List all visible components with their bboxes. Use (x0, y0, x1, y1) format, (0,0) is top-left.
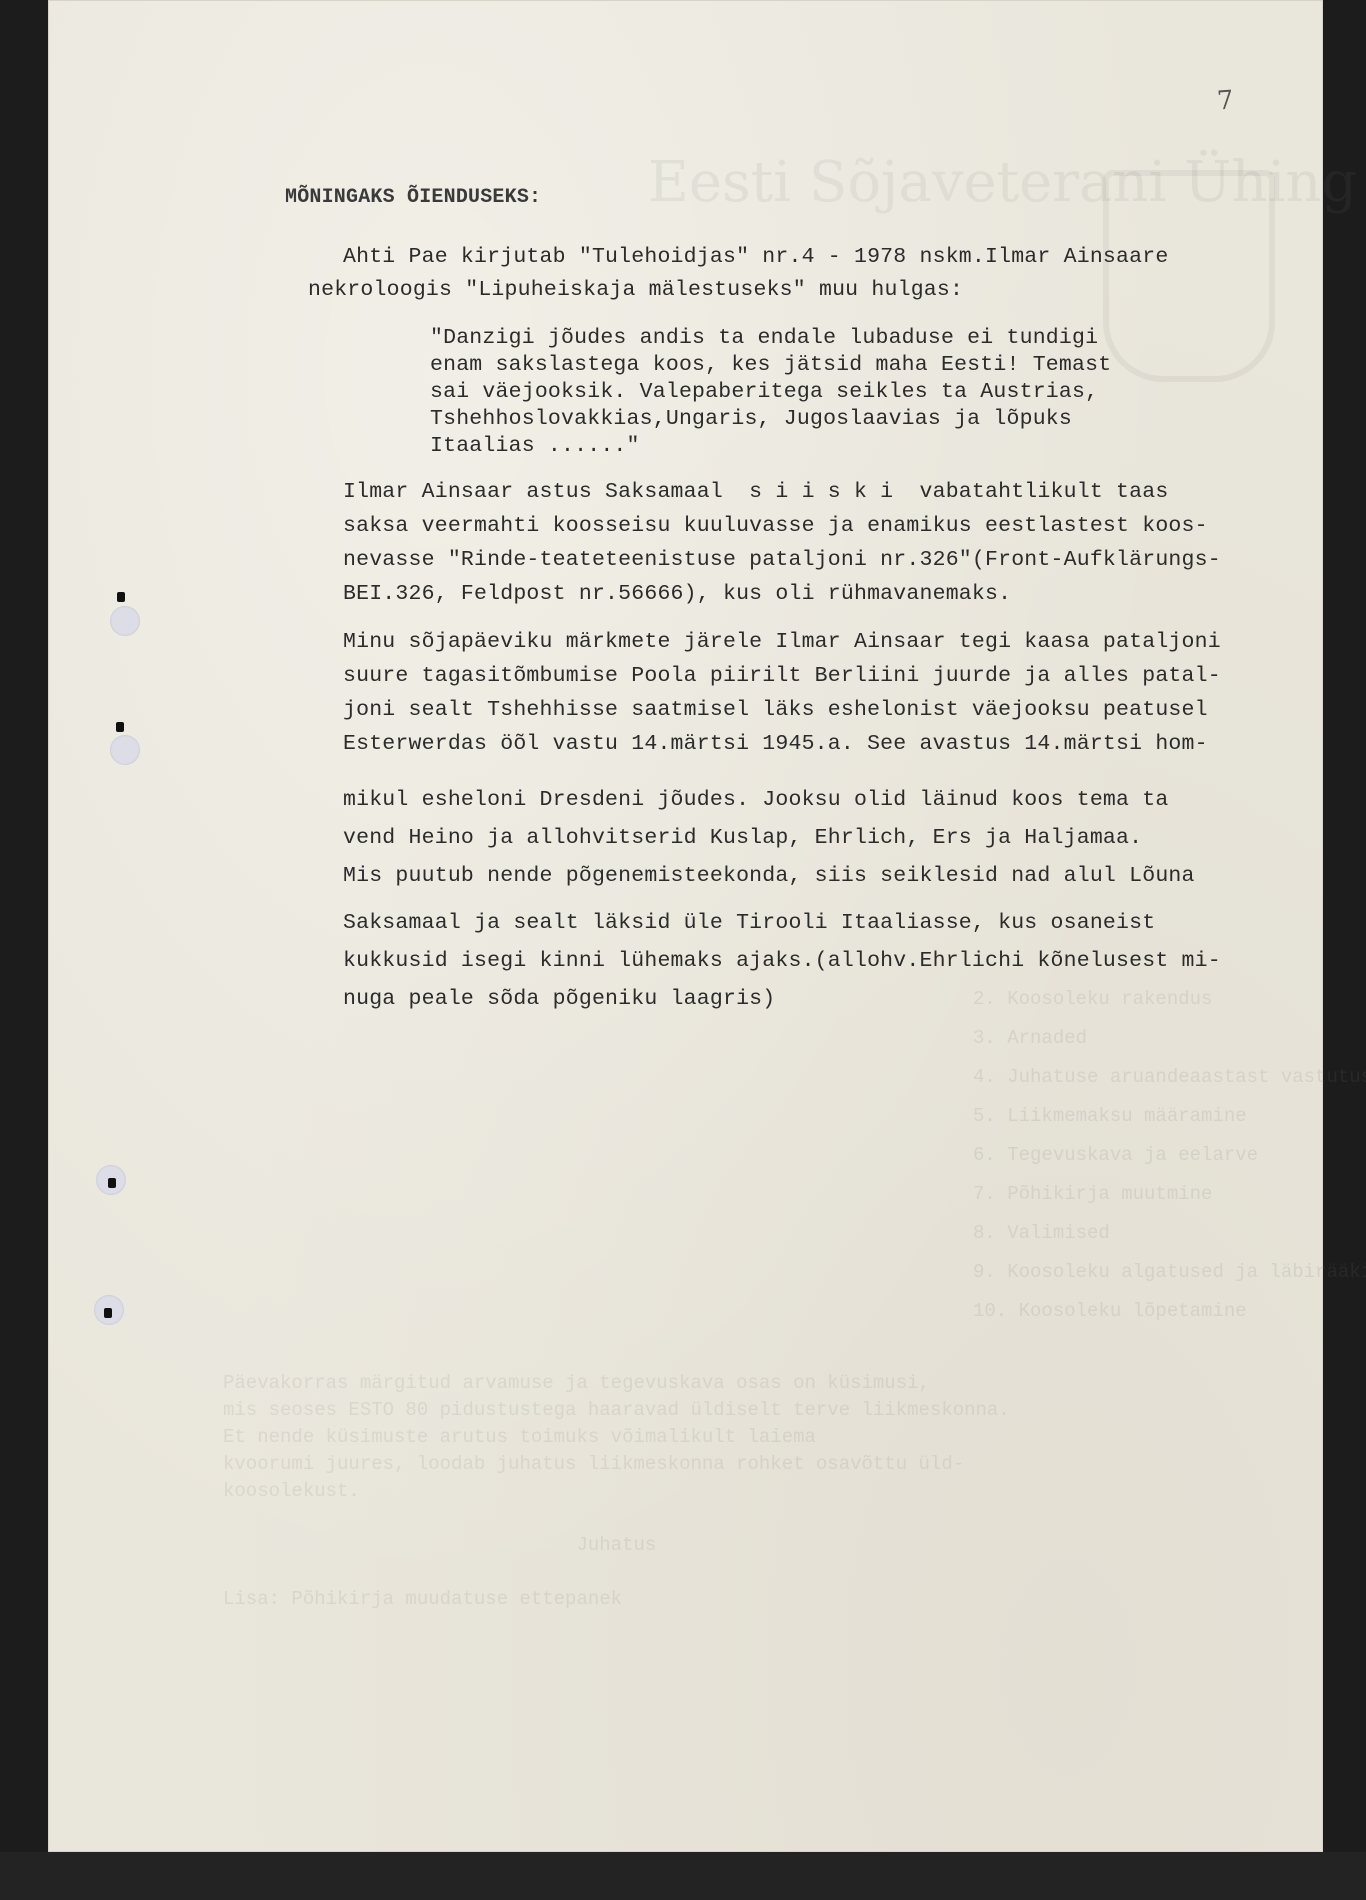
punch-hole-mark (108, 1178, 116, 1188)
quote-line: sai väejooksik. Valepaberitega seikles t… (430, 380, 1098, 404)
body-line: mikul esheloni Dresdeni jõudes. Jooksu o… (343, 788, 1168, 812)
intro-line: Ahti Pae kirjutab "Tulehoidjas" nr.4 - 1… (343, 245, 1168, 269)
intro-line: nekroloogis "Lipuheiskaja mälestuseks" m… (308, 278, 963, 302)
body-line: nevasse "Rinde-teateteenistuse pataljoni… (343, 548, 1221, 572)
page-number: 7 (1216, 85, 1235, 116)
body-line: Ilmar Ainsaar astus Saksamaal s i i s k … (343, 480, 1168, 504)
body-line: saksa veermahti koosseisu kuuluvasse ja … (343, 514, 1208, 538)
quote-line: Itaalias ......" (430, 434, 640, 458)
body-line: Mis puutub nende põgenemisteekonda, siis… (343, 864, 1195, 888)
quote-line: enam sakslastega koos, kes jätsid maha E… (430, 353, 1111, 377)
scan-background (0, 1852, 1366, 1900)
punch-hole (110, 606, 140, 636)
body-line: vend Heino ja allohvitserid Kuslap, Ehrl… (343, 826, 1142, 850)
punch-hole-mark (116, 722, 124, 732)
body-line: Minu sõjapäeviku märkmete järele Ilmar A… (343, 630, 1221, 654)
document-heading: MÕNINGAKS ÕIENDUSEKS: (285, 186, 541, 209)
quote-line: "Danzigi jõudes andis ta endale lubaduse… (430, 326, 1098, 350)
quote-line: Tshehhoslovakkias,Ungaris, Jugoslaavias … (430, 407, 1072, 431)
body-line: joni sealt Tshehhisse saatmisel läks esh… (343, 698, 1208, 722)
punch-hole-mark (117, 592, 125, 602)
body-line: Saksamaal ja sealt läksid üle Tirooli It… (343, 911, 1155, 935)
body-line: kukkusid isegi kinni lühemaks ajaks.(all… (343, 949, 1221, 973)
body-line: BEI.326, Feldpost nr.56666), kus oli rüh… (343, 582, 1011, 606)
bleed-through-crest (1103, 170, 1275, 382)
bleed-through-paragraph: Päevakorras märgitud arvamuse ja tegevus… (223, 1370, 1010, 1613)
punch-hole-mark (104, 1308, 112, 1318)
body-line: suure tagasitõmbumise Poola piirilt Berl… (343, 664, 1221, 688)
body-line: nuga peale sõda põgeniku laagris) (343, 987, 775, 1011)
bleed-through-list: 2. Koosoleku rakendus 3. Arnaded 4. Juha… (973, 980, 1366, 1331)
punch-hole (110, 735, 140, 765)
body-line: Esterwerdas öõl vastu 14.märtsi 1945.a. … (343, 732, 1208, 756)
